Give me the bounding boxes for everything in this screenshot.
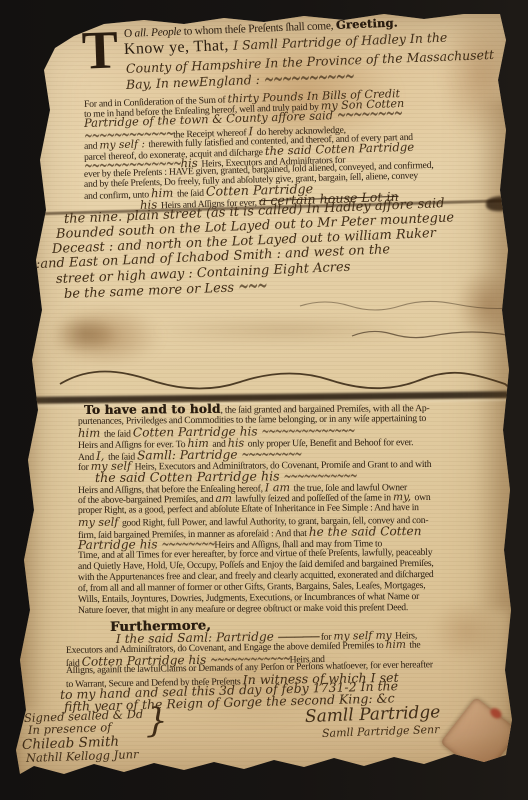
text-segment: Nature ſoever, that might in any meaſure… [78, 602, 408, 616]
photo-background: T O all. People to whom theſe Preſents ſ… [0, 0, 528, 800]
covenant-line-12: Nature ſoever, that might in any meaſure… [78, 603, 408, 616]
text-segment: Samll Partridge Senr [322, 723, 440, 740]
deed-text-layer: T O all. People to whom theſe Preſents ſ… [14, 10, 514, 790]
text-segment: Know ye, That, [124, 37, 234, 58]
text-segment: all. People [134, 26, 181, 40]
drop-cap-T: T [81, 25, 119, 75]
text-segment: ~~~ [238, 273, 267, 301]
deed-paper: T O all. People to whom theſe Preſents ſ… [14, 10, 514, 790]
text-segment: Greeting. [336, 15, 398, 31]
witness-signature-2: Nathll Kellogg Junr [26, 749, 139, 765]
text-segment: the [409, 639, 420, 650]
text-segment: him [385, 638, 409, 651]
text-segment: ~~~~~~~~ [336, 102, 402, 128]
grantor-signature-2: Samll Partridge Senr [322, 724, 440, 740]
text-segment: } [146, 701, 168, 741]
text-segment: Nathll Kellogg Junr [26, 747, 139, 765]
attestation-brace: } [146, 704, 168, 739]
text-segment: O [124, 28, 135, 40]
text-segment: for [78, 462, 91, 473]
